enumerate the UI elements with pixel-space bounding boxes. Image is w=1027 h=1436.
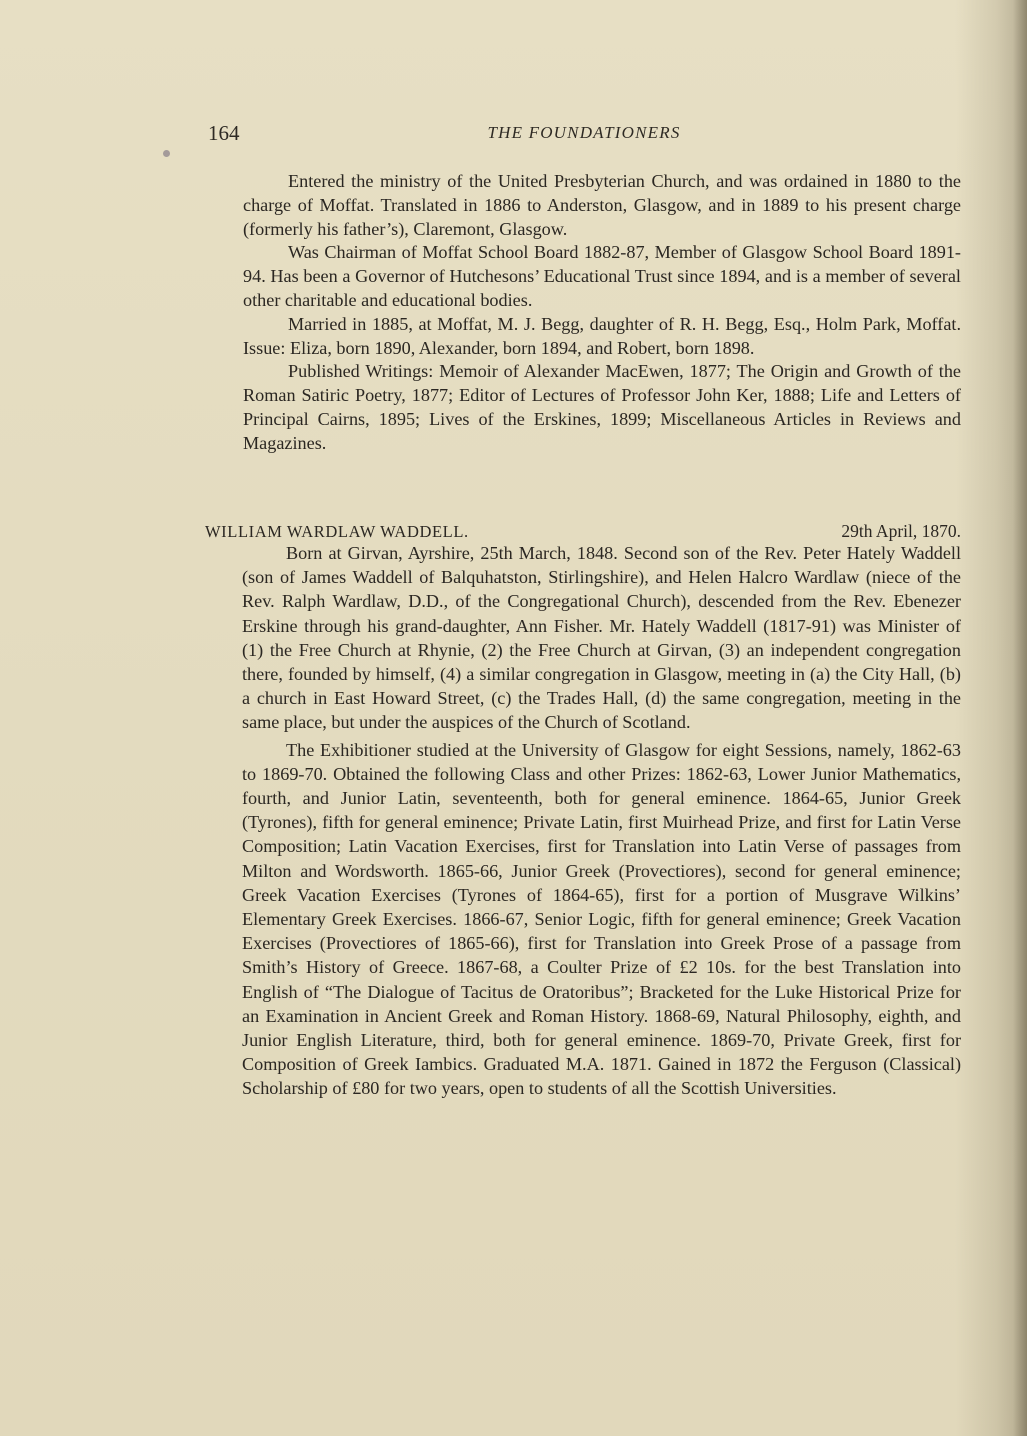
entry-date: 29th April, 1870. (841, 521, 961, 542)
entry-header: WILLIAM WARDLAW WADDELL. 29th April, 187… (205, 515, 961, 541)
paragraph-marriage: Married in 1885, at Moffat, M. J. Begg, … (243, 313, 961, 361)
ink-speck (163, 150, 170, 157)
paragraph-published-writings: Published Writings: Memoir of Alexander … (243, 360, 961, 455)
book-page: 164 THE FOUNDATIONERS Entered the minist… (0, 0, 1027, 1436)
entry-body: Born at Girvan, Ayrshire, 25th March, 18… (242, 541, 961, 1101)
running-title: THE FOUNDATIONERS (208, 123, 960, 143)
biography-entry: WILLIAM WARDLAW WADDELL. 29th April, 187… (205, 515, 961, 1101)
continued-entry: Entered the ministry of the United Presb… (243, 170, 961, 456)
paragraph-ministry: Entered the ministry of the United Presb… (243, 170, 961, 241)
paragraph-university-prizes: The Exhibitioner studied at the Universi… (242, 738, 961, 1101)
running-head: 164 THE FOUNDATIONERS (208, 121, 960, 147)
page-edge-shadow (1013, 0, 1027, 1436)
entry-name: WILLIAM WARDLAW WADDELL. (205, 522, 469, 542)
paragraph-school-board: Was Chairman of Moffat School Board 1882… (243, 241, 961, 312)
paragraph-birth-family: Born at Girvan, Ayrshire, 25th March, 18… (242, 541, 961, 735)
